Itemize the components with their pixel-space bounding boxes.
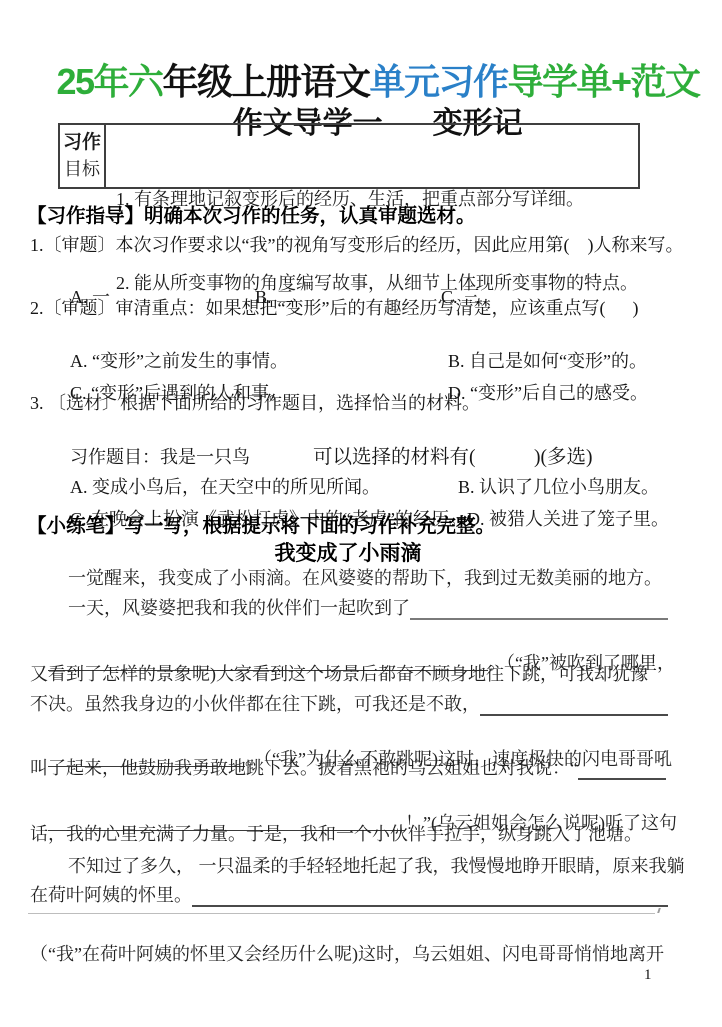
practice-section-heading: 【小练笔】写一写，根据提示将下面的习作补充完整。 <box>27 510 495 538</box>
essay-line-4: 又看到了怎样的景象呢)大家看到这个场景后都奋不顾身地往下跳，可我却犹豫 <box>30 660 648 686</box>
fill-in-blank-7 <box>192 885 668 907</box>
essay-line-12: （“我”在荷叶阿姨的怀里又会经历什么呢)这时，乌云姐姐、闪电哥哥悄悄地离开 <box>30 940 664 966</box>
fill-in-blank-3 <box>480 694 668 716</box>
essay-line-10: 不知过了多久， 一只温柔的手轻轻地托起了我，我慢慢地睁开眼睛，原来我躺 <box>68 852 685 878</box>
essay-line-5: 不决。虽然我身边的小伙伴都在往下跳，可我还是不敢， <box>30 690 668 716</box>
essay-line-11-text: 在荷叶阿姨的怀里。 <box>30 881 192 907</box>
essay-line-2-text: 一天，风婆婆把我和我的伙伴们一起吹到了 <box>68 594 410 620</box>
page-number: 1 <box>644 967 652 984</box>
question-2: 2.〔审题〕审清重点：如果想把“变形”后的有趣经历写清楚，应该重点写( ) <box>30 294 638 320</box>
essay-line-1: 一觉醒来，我变成了小雨滴。在风婆婆的帮助下，我到过无数美丽的地方。 <box>68 564 662 590</box>
essay-title: 我变成了小雨滴 <box>28 537 668 567</box>
question-3: 3. 〔选材〕根据下面所给的习作题目，选择恰当的材料。 <box>30 389 480 415</box>
goals-label-top: 习作 <box>63 129 101 156</box>
essay-line-7: 叫了起来，他鼓励我勇敢地跳下去。披着黑袍的乌云姐姐也对我说：“ <box>30 754 666 780</box>
goals-label: 习作 目标 <box>60 125 106 187</box>
essay-line-7-text: 叫了起来，他鼓励我勇敢地跳下去。披着黑袍的乌云姐姐也对我说：“ <box>30 754 578 780</box>
fill-in-blank-5 <box>578 758 666 780</box>
q3-option-d: D. 被猎人关进了笼子里。 <box>467 509 669 529</box>
worksheet-page: 25年六年级上册语文单元习作导学单+范文 作文导学一变形记 习作 目标 1. 有… <box>0 0 722 1027</box>
stray-mark <box>657 908 661 913</box>
question-1: 1.〔审题〕本次习作要求以“我”的视角写变形后的经历，因此应用第( )人称来写。 <box>30 231 683 257</box>
essay-line-2: 一天，风婆婆把我和我的伙伴们一起吹到了 <box>68 594 668 620</box>
guide-section-heading: 【习作指导】明确本次习作的任务，认真审题选材。 <box>27 200 476 228</box>
writing-goals-box: 习作 目标 1. 有条理地记叙变形后的经历、生活，把重点部分写详细。 2. 能从… <box>58 123 640 189</box>
fill-in-blank-1 <box>410 598 668 620</box>
essay-line-11: 在荷叶阿姨的怀里。 <box>30 881 668 907</box>
goals-list: 1. 有条理地记叙变形后的经历、生活，把重点部分写详细。 2. 能从所变事物的角… <box>106 125 638 187</box>
essay-line-9: 话，我的心里充满了力量。于是，我和一个小伙伴手拉手，纵身跳入了池塘。 <box>30 820 642 846</box>
faint-writing-rule <box>28 913 655 914</box>
goals-label-bottom: 目标 <box>64 156 100 183</box>
essay-line-5-text: 不决。虽然我身边的小伙伴都在往下跳，可我还是不敢， <box>30 690 480 716</box>
